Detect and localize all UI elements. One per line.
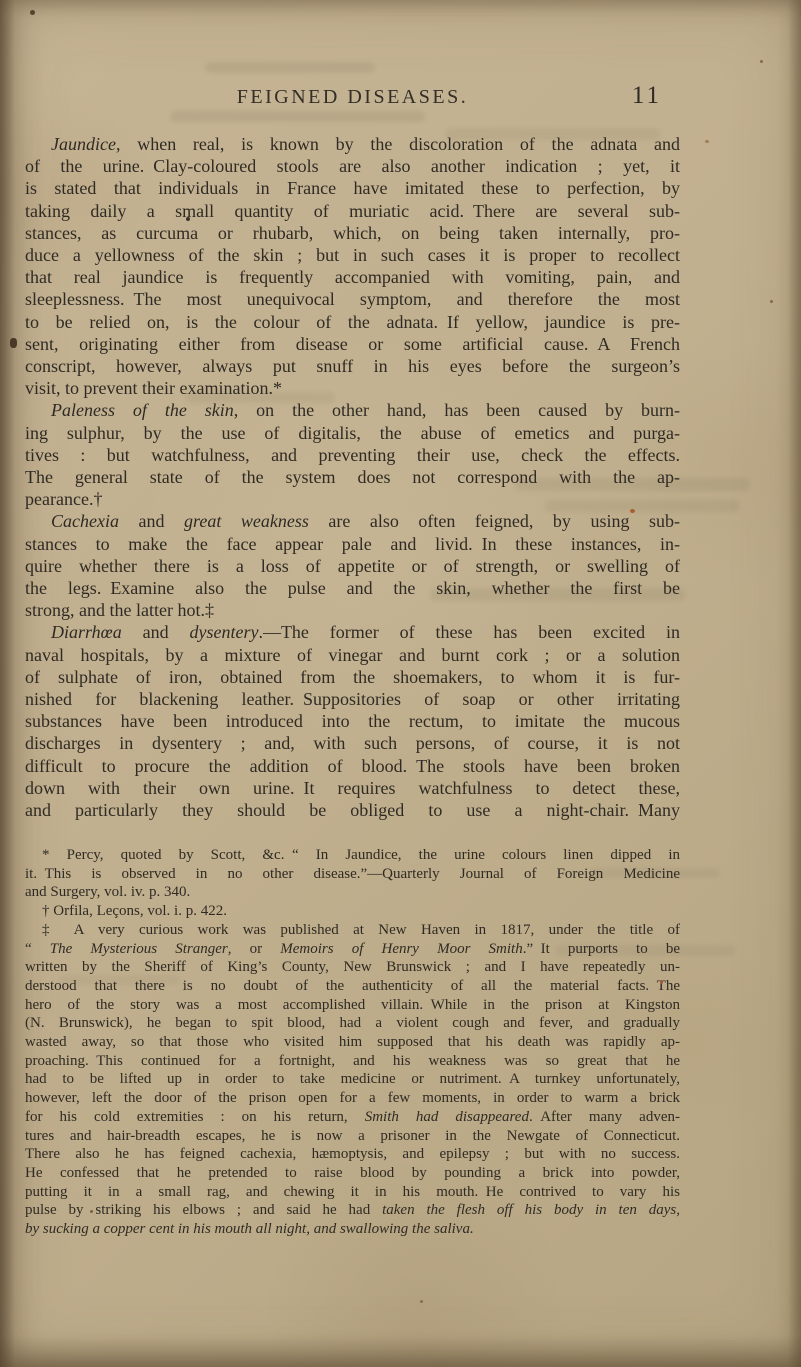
text-line: ‡ A very curious work was published at N…: [25, 921, 680, 940]
scanned-book-page: FEIGNED DISEASES. 11 Jaundice, when real…: [0, 0, 801, 1367]
text-line: sent, originating either from disease or…: [25, 333, 680, 355]
text-line: Paleness of the skin, on the other hand,…: [25, 399, 680, 421]
foxing-spot: [420, 1300, 423, 1303]
text-line: Jaundice, when real, is known by the dis…: [25, 133, 680, 155]
bleed-through-mark: [205, 62, 375, 73]
text-line: putting it in a small rag, and chewing i…: [25, 1183, 680, 1202]
text-line: is stated that individuals in France hav…: [25, 177, 680, 199]
page-header-title: FEIGNED DISEASES.: [237, 86, 468, 108]
page-edge-shadow: [788, 0, 801, 1367]
text-line: proaching. This continued for a fortnigh…: [25, 1052, 680, 1071]
text-line: and Surgery, vol. iv. p. 340.: [25, 883, 680, 902]
text-line: naval hospitals, by a mixture of vinegar…: [25, 644, 680, 666]
text-line: that real jaundice is frequently accompa…: [25, 266, 680, 288]
footnotes-block: * Percy, quoted by Scott, &c. “ In Jaund…: [25, 846, 680, 1239]
text-line: quire whether there is a loss of appetit…: [25, 555, 680, 577]
text-line: for his cold extremities : on his return…: [25, 1108, 680, 1127]
text-line: duce a yellowness of the skin ; but in s…: [25, 244, 680, 266]
foxing-spot: [630, 509, 635, 513]
running-header: FEIGNED DISEASES.: [25, 86, 680, 108]
text-line: pulse by striking his elbows ; and said …: [25, 1201, 680, 1220]
text-line: discharges in dysentery ; and, with such…: [25, 732, 680, 754]
foxing-spot: [705, 140, 709, 143]
page-edge-shadow: [0, 1335, 801, 1367]
text-line: derstood that there is no doubt of the a…: [25, 977, 680, 996]
text-line: † Orfila, Leçons, vol. i. p. 422.: [25, 902, 680, 921]
foxing-spot: [770, 300, 773, 303]
text-line: “ The Mysterious Stranger, or Memoirs of…: [25, 940, 680, 959]
text-line: * Percy, quoted by Scott, &c. “ In Jaund…: [25, 846, 680, 865]
text-line: wasted away, so that those who visited h…: [25, 1033, 680, 1052]
text-line: written by the Sheriff of King’s County,…: [25, 958, 680, 977]
text-line: He confessed that he pretended to raise …: [25, 1164, 680, 1183]
page-number: 11: [600, 82, 662, 110]
main-text-block: Jaundice, when real, is known by the dis…: [25, 133, 680, 821]
text-line: Diarrhœa and dysentery.—The former of th…: [25, 621, 680, 643]
text-line: and particularly they should be obliged …: [25, 799, 680, 821]
text-line: however, left the door of the prison ope…: [25, 1089, 680, 1108]
text-line: by sucking a copper cent in his mouth al…: [25, 1220, 680, 1239]
text-line: ing sulphur, by the use of digitalis, th…: [25, 422, 680, 444]
text-line: had to be lifted up in order to take med…: [25, 1070, 680, 1089]
text-line: the legs. Examine also the pulse and the…: [25, 577, 680, 599]
text-line: it. This is observed in no other disease…: [25, 865, 680, 884]
text-line: There also he has feigned cachexia, hæmo…: [25, 1145, 680, 1164]
text-line: to be relied on, is the colour of the ad…: [25, 311, 680, 333]
text-line: nished for blackening leather. Supposito…: [25, 688, 680, 710]
foxing-spot: [30, 10, 35, 15]
text-line: stances, as curcuma or rhubarb, which, o…: [25, 222, 680, 244]
text-line: difficult to procure the addition of blo…: [25, 755, 680, 777]
text-line: tures and hair-breadth escapes, he is no…: [25, 1127, 680, 1146]
text-line: taking daily a small quantity of muriati…: [25, 200, 680, 222]
foxing-spot: [90, 1210, 93, 1213]
text-line: The general state of the system does not…: [25, 466, 680, 488]
text-line: strong, and the latter hot.‡: [25, 599, 680, 621]
text-line: of the urine. Clay-coloured stools are a…: [25, 155, 680, 177]
text-line: pearance.†: [25, 488, 680, 510]
page-gutter-shadow: [0, 0, 15, 1367]
text-line: stances to make the face appear pale and…: [25, 533, 680, 555]
text-line: substances have been introduced into the…: [25, 710, 680, 732]
foxing-spot: [660, 980, 663, 984]
text-line: hero of the story was a most accomplishe…: [25, 996, 680, 1015]
text-line: Cachexia and great weakness are also oft…: [25, 510, 680, 532]
text-line: of sulphate of iron, obtained from the s…: [25, 666, 680, 688]
foxing-spot: [760, 60, 763, 63]
text-line: down with their own urine. It requires w…: [25, 777, 680, 799]
text-line: visit, to prevent their examination.*: [25, 377, 680, 399]
text-line: tives : but watchfulness, and preventing…: [25, 444, 680, 466]
text-line: sleeplessness. The most unequivocal symp…: [25, 288, 680, 310]
bleed-through-mark: [170, 111, 425, 122]
text-line: conscript, however, always put snuff in …: [25, 355, 680, 377]
text-line: (N. Brunswick), he began to spit blood, …: [25, 1014, 680, 1033]
ink-speck: [186, 217, 190, 221]
